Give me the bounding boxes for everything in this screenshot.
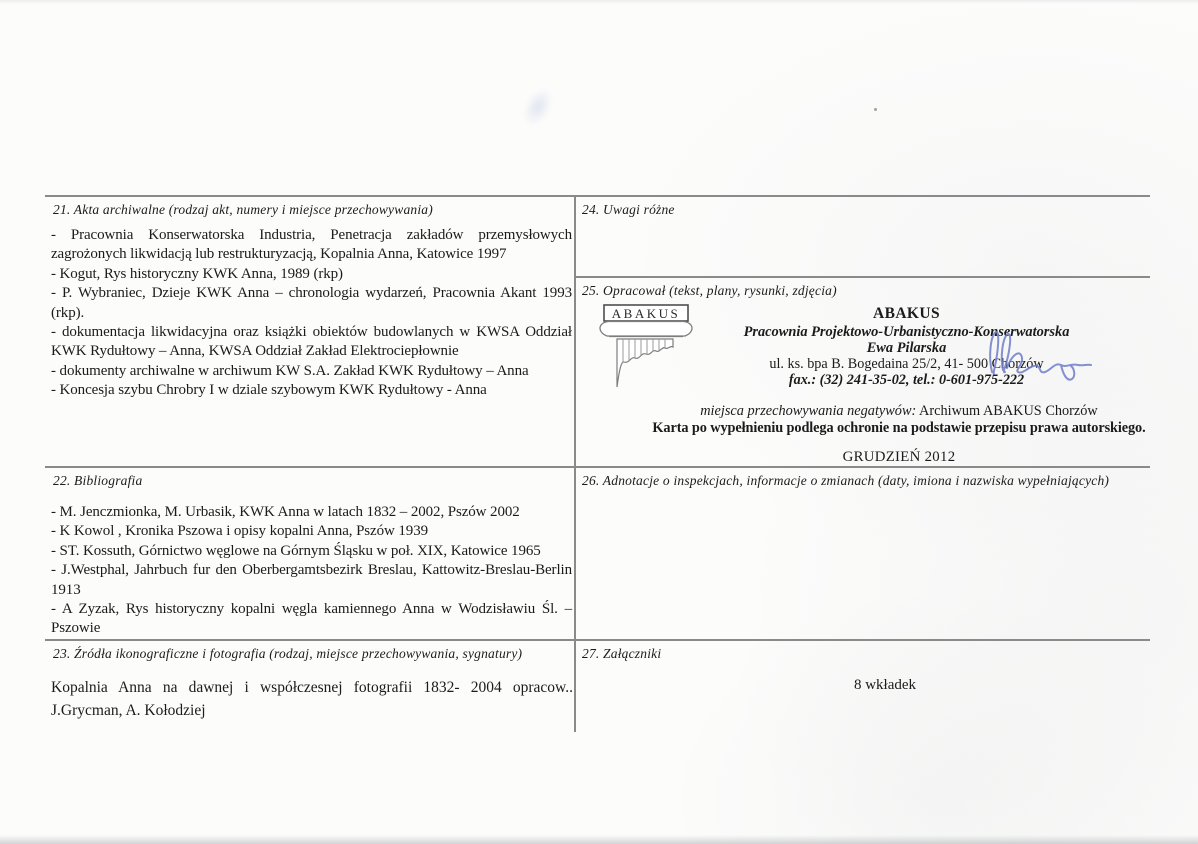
section-23-zrodla-ikonograficzne: 23. Źródła ikonograficzne i fotografia (… — [45, 639, 577, 722]
list-item: - ST. Kossuth, Górnictwo węglowe na Górn… — [51, 542, 572, 561]
section-22-title: 22. Bibliografia — [45, 466, 574, 489]
section-22-list: - M. Jenczmionka, M. Urbasik, KWK Anna w… — [51, 503, 572, 639]
list-item: - Kogut, Rys historyczny KWK Anna, 1989 … — [51, 265, 572, 284]
list-item: - A Zyzak, Rys historyczny kopalni węgla… — [51, 600, 572, 639]
list-item: - dokumenty archiwalne w archiwum KW S.A… — [51, 362, 572, 381]
section-24-title: 24. Uwagi różne — [574, 195, 1150, 218]
scan-top-edge-shadow — [0, 0, 1198, 4]
section-23-title: 23. Źródła ikonograficzne i fotografia (… — [45, 639, 577, 662]
list-item: - Koncesja szybu Chrobry I w dziale szyb… — [51, 381, 572, 400]
section-26-title: 26. Adnotacje o inspekcjach, informacje … — [574, 466, 1150, 489]
attachments-count: 8 wkładek — [574, 677, 1150, 694]
section-27-title: 27. Załączniki — [574, 639, 1150, 662]
date-line: GRUDZIEŃ 2012 — [629, 449, 1169, 466]
section-25-title: 25. Opracował (tekst, plany, rysunki, zd… — [574, 276, 1150, 299]
copyright-note: Karta po wypełnieniu podlega ochronie na… — [629, 420, 1169, 437]
section-24-uwagi-rozne: 24. Uwagi różne — [574, 195, 1150, 218]
section-23-content: Kopalnia Anna na dawnej i współczesnej f… — [51, 677, 573, 722]
scan-bottom-edge-shadow — [0, 835, 1198, 844]
negatives-value: Archiwum ABAKUS Chorzów — [916, 403, 1098, 419]
list-item: - M. Jenczmionka, M. Urbasik, KWK Anna w… — [51, 503, 572, 522]
negatives-label: miejsca przechowywania negatywów: — [700, 403, 916, 419]
list-item: - P. Wybraniec, Dzieje KWK Anna – chrono… — [51, 284, 572, 323]
list-item: - dokumentacja likwidacyjna oraz książki… — [51, 323, 572, 362]
scanned-record-card-page: 21. Akta archiwalne (rodzaj akt, numery … — [0, 0, 1198, 844]
section-21-title: 21. Akta archiwalne (rodzaj akt, numery … — [45, 195, 574, 218]
text-line: J.Grycman, A. Kołodziej — [51, 700, 573, 723]
list-item: - J.Westphal, Jahrbuch fur den Oberberga… — [51, 561, 572, 600]
section-27-zalaczniki: 27. Załączniki 8 wkładek — [574, 639, 1150, 694]
negatives-line: miejsca przechowywania negatywów: Archiw… — [629, 403, 1169, 420]
scan-speck — [874, 108, 877, 111]
section-26-adnotacje: 26. Adnotacje o inspekcjach, informacje … — [574, 466, 1150, 489]
list-item: - K Kowol , Kronika Pszowa i opisy kopal… — [51, 522, 572, 541]
text-line: Kopalnia Anna na dawnej i współczesnej f… — [51, 677, 573, 700]
scan-blue-smudge — [505, 71, 571, 143]
section-21-list: - Pracownia Konserwatorska Industria, Pe… — [51, 226, 572, 401]
section-22-bibliografia: 22. Bibliografia - M. Jenczmionka, M. Ur… — [45, 466, 574, 639]
section-21-akta-archiwalne: 21. Akta archiwalne (rodzaj akt, numery … — [45, 195, 574, 401]
handwritten-signature — [979, 322, 1097, 386]
section-25-notes: miejsca przechowywania negatywów: Archiw… — [629, 403, 1169, 466]
company-name: ABAKUS — [654, 306, 1159, 322]
list-item: - Pracownia Konserwatorska Industria, Pe… — [51, 226, 572, 265]
